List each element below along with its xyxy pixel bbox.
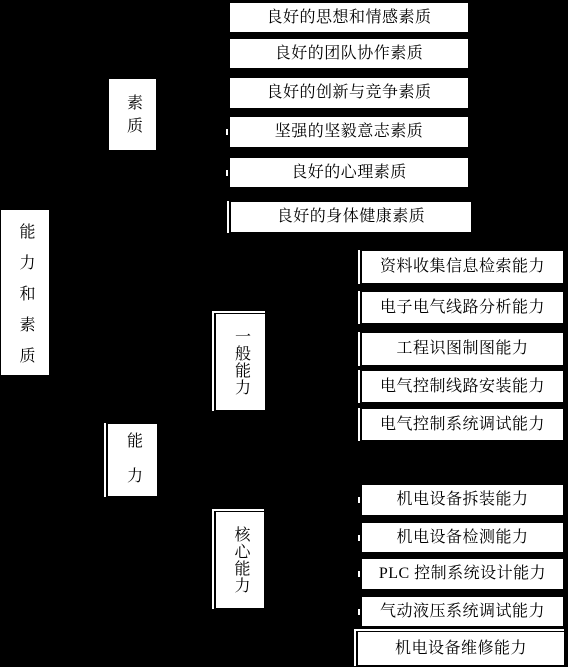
node-core-ability-item: PLC 控制系统设计能力 (362, 559, 563, 589)
node-quality-item: 良好的创新与竞争素质 (230, 78, 468, 108)
node-core-ability-item: 机电设备拆装能力 (362, 485, 563, 515)
node-root-ability-and-quality: 能力和素质 (1, 210, 49, 375)
node-general-ability-item: 电气控制线路安装能力 (362, 371, 563, 402)
ability-quality-tree-diagram: 能力和素质 素质 能力 一般能力 核心能力 良好的思想和情感素质 良好的团队协作… (0, 0, 568, 667)
node-quality-item: 良好的思想和情感素质 (230, 3, 468, 32)
node-quality-item: 良好的身体健康素质 (231, 202, 471, 232)
node-category-ability: 能力 (108, 424, 157, 496)
node-category-core-ability: 核心能力 (216, 512, 264, 608)
node-general-ability-item: 电子电气线路分析能力 (362, 292, 563, 323)
node-general-ability-item: 电气控制系统调试能力 (362, 409, 563, 440)
node-general-ability-item: 资料收集信息检索能力 (362, 251, 563, 283)
node-core-ability-item: 机电设备维修能力 (358, 632, 564, 665)
node-general-ability-item: 工程识图制图能力 (362, 333, 563, 365)
node-category-general-ability: 一般能力 (216, 314, 265, 410)
node-quality-item: 良好的团队协作素质 (230, 39, 468, 68)
node-quality-item: 坚强的坚毅意志素质 (230, 117, 468, 147)
node-core-ability-item: 气动液压系统调试能力 (362, 597, 563, 626)
node-category-quality: 素质 (109, 79, 156, 150)
node-core-ability-item: 机电设备检测能力 (362, 523, 563, 552)
node-quality-item: 良好的心理素质 (230, 158, 468, 187)
